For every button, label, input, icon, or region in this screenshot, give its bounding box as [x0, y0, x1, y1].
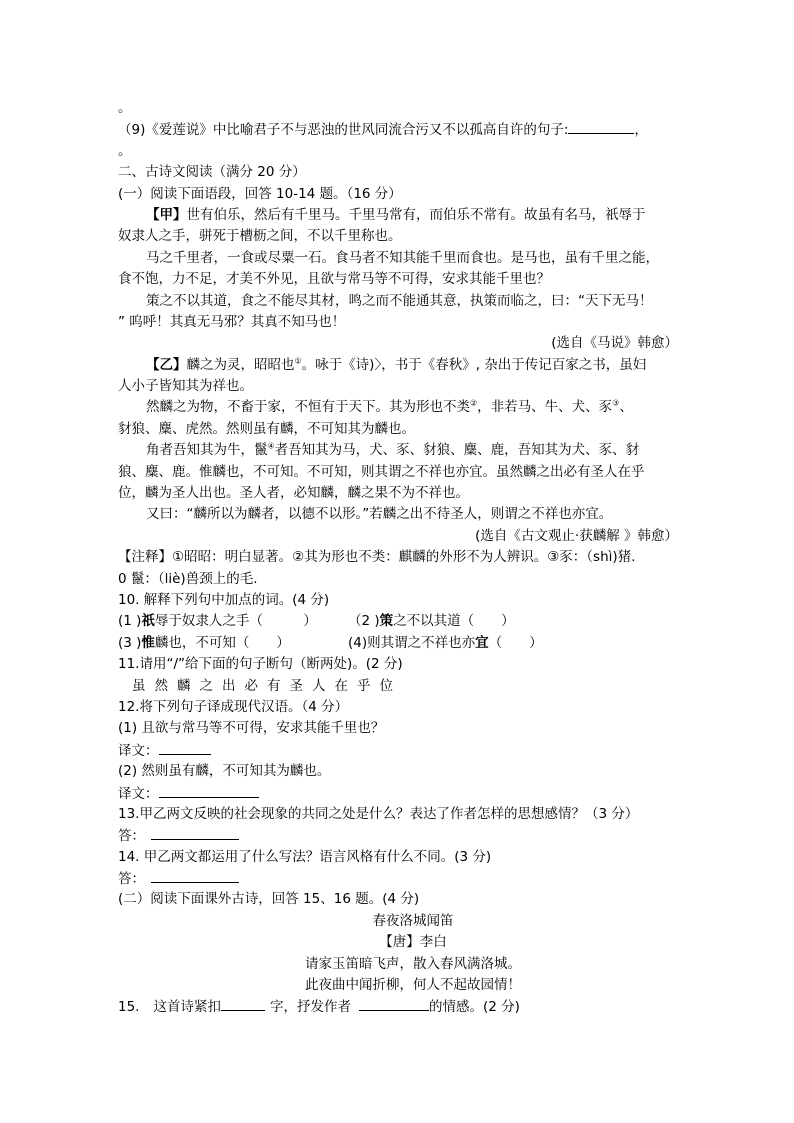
yi-p3c: 位，麟为圣人出也。圣人者，必知麟，麟之果不为不祥也。	[118, 483, 678, 504]
q12-answer-1-blank[interactable]	[159, 740, 211, 755]
q10-dotted-word: 宜	[475, 635, 489, 651]
q10-item-prefix: (3 )	[118, 635, 141, 651]
q15-text: 的情感。(2 分)	[429, 999, 520, 1015]
yi-text: 然麟之为物，不畜于家，不恒有于天下。其为形也不类	[146, 399, 470, 415]
poem-author: 【唐】李白	[118, 932, 678, 953]
jia-source: (选自《马说》韩愈）	[118, 333, 678, 354]
jia-label: 【甲】	[146, 207, 187, 223]
q12-answer-2-blank[interactable]	[159, 783, 259, 798]
q12-answer-1: 译文：	[118, 740, 678, 761]
notes-line-2: 0 鬣：（liè)兽颈上的毛.	[118, 569, 678, 590]
q10-item-prefix: (1 )	[118, 613, 141, 629]
translation-label: 译文：	[118, 743, 159, 759]
question-9: （9)《爱莲说》中比喻君子不与恶浊的世风同流合污又不以孤高自许的句子:，	[118, 119, 678, 140]
q10-item-3: (3 )惟麟也，不可知（ ）	[118, 633, 348, 654]
section-2-title: 二、古诗文阅读（满分 20 分）	[118, 162, 678, 183]
exam-page: 。 （9)《爱莲说》中比喻君子不与恶浊的世风同流合污又不以孤高自许的句子:， 。…	[118, 98, 678, 1018]
yi-p2b: 豺狼、麋、虎然。然则虽有麟，不可知其为麟也。	[118, 419, 678, 440]
q12-sentence-1: (1) 且欲与常马等不可得，安求其能千里也？	[118, 718, 678, 739]
q12-title: 12.将下列句子译成现代汉语。（4 分）	[118, 697, 678, 718]
q10-item-1: (1 )祇辱于奴隶人之手（ ）	[118, 611, 348, 632]
yi-p4: 又曰：“麟所以为麟者，以德不以形。”若麟之出不待圣人，则谓之不祥也亦宜。	[118, 504, 678, 525]
yi-text: ，非若马、牛、犬、豕	[477, 399, 612, 415]
part-2-title: (二）阅读下面课外古诗，回答 15、16 题。(4 分)	[118, 889, 678, 910]
jia-p1b: 奴隶人之手，骈死于槽枥之间，不以千里称也。	[118, 226, 678, 247]
jia-text: 世有伯乐，然后有千里马。千里马常有，而伯乐不常有。故虽有名马，祇辱于	[187, 207, 646, 223]
jia-p2a: 马之千里者，一食或尽粟一石。食马者不知其能千里而食也。是马也，虽有千里之能，	[118, 248, 678, 269]
poem-line-1: 请家玉笛暗飞声，散入春风满洛城。	[118, 954, 678, 975]
q14-answer-blank[interactable]	[151, 868, 239, 883]
note-ref-4: ④	[268, 442, 275, 451]
part-1-title: (一）阅读下面语段，回答 10-14 题。（16 分）	[118, 184, 678, 205]
q11-sentence: 虽然麟之出必有圣人在乎位	[118, 676, 678, 697]
q9-dot-top: 。	[118, 98, 678, 119]
poem-line-2: 此夜曲中闻折柳，何人不起故园情！	[118, 975, 678, 996]
poem-title: 春夜洛城闻笛	[118, 911, 678, 932]
q9-dot-bottom: 。	[118, 141, 678, 162]
q15-text: 这首诗紧扣	[153, 999, 221, 1015]
q10-item-prefix: （2 )	[348, 613, 380, 629]
q15-text: 字，抒发作者	[270, 999, 351, 1015]
yi-p1a: 【乙】麟之为灵，昭昭也①。咏于《诗)〉，书于《春秋》, 杂出于传记百家之书，虽妇	[118, 355, 678, 376]
q14-title: 14. 甲乙两文都运用了什么写法？语言风格有什么不同。(3 分)	[118, 847, 678, 868]
q10-row-2: (3 )惟麟也，不可知（ ）(4)则其谓之不祥也亦宜（ ）	[118, 633, 678, 654]
q15-blank-1[interactable]	[221, 996, 265, 1011]
yi-text: 。咏于《诗)〉，书于《春秋》, 杂出于传记百家之书，虽妇	[302, 357, 647, 373]
yi-text: 者吾知其为马，犬、豕、豺狼、麋、鹿，吾知其为犬、豕、豺	[275, 442, 640, 458]
q12-answer-2: 译文：	[118, 783, 678, 804]
q10-item-text: 之不以其道（ ）	[393, 613, 515, 629]
q9-answer-blank[interactable]	[568, 119, 634, 134]
q14-answer: 答：	[118, 868, 678, 889]
note-ref-1: ①	[295, 356, 302, 365]
yi-p2a: 然麟之为物，不畜于家，不恒有于天下。其为形也不类②，非若马、牛、犬、豕③、	[118, 397, 678, 418]
q11-title: 11.请用“/”给下面的句子断句（断两处)。(2 分)	[118, 654, 678, 675]
q10-dotted-word: 策	[380, 613, 394, 629]
q10-dotted-word: 祇	[141, 613, 155, 629]
yi-text: 、	[619, 399, 633, 415]
q10-title: 10. 解释下列句中加点的词。(4 分)	[118, 590, 678, 611]
yi-text: 角者吾知其为牛，鬣	[146, 442, 268, 458]
jia-p3a: 策之不以其道，食之不能尽其材，鸣之而不能通其意，执策而临之，曰：“天下无马！	[118, 291, 678, 312]
yi-source: (选自《古文观止·获麟解 》韩愈）	[118, 526, 678, 547]
jia-p1a: 【甲】世有伯乐，然后有千里马。千里马常有，而伯乐不常有。故虽有名马，祇辱于	[118, 205, 678, 226]
q15-blank-2[interactable]	[359, 996, 429, 1011]
q12-sentence-2: (2) 然则虽有麟，不可知其为麟也。	[118, 761, 678, 782]
question-15: 15.这首诗紧扣字，抒发作者的情感。(2 分)	[118, 996, 678, 1017]
answer-label: 答：	[118, 828, 145, 844]
q10-item-text: （ ）	[489, 635, 543, 651]
answer-label: 答：	[118, 871, 145, 887]
q10-row-1: (1 )祇辱于奴隶人之手（ ）（2 )策之不以其道（ ）	[118, 611, 678, 632]
q15-number: 15.	[118, 999, 139, 1015]
q10-item-4: (4)则其谓之不祥也亦宜（ ）	[348, 635, 543, 651]
yi-p3a: 角者吾知其为牛，鬣④者吾知其为马，犬、豕、豺狼、麋、鹿，吾知其为犬、豕、豺	[118, 440, 678, 461]
yi-label: 【乙】	[146, 357, 187, 373]
q10-item-2: （2 )策之不以其道（ ）	[348, 613, 515, 629]
q13-answer-blank[interactable]	[151, 825, 239, 840]
q10-item-prefix: (4)则其谓之不祥也亦	[348, 635, 475, 651]
yi-p1b: 人小子皆知其为祥也。	[118, 376, 678, 397]
q10-item-text: 麟也，不可知（ ）	[155, 635, 290, 651]
q9-comma: ，	[634, 122, 648, 138]
notes-line-1: 【注释】①昭昭：明白显著。②其为形也不类：麒麟的外形不为人辨识。③豕：（shì)…	[118, 547, 678, 568]
yi-p3b: 狼、麋、鹿。惟麟也，不可知。不可知，则其谓之不祥也亦宜。虽然麟之出必有圣人在乎	[118, 462, 678, 483]
q13-title: 13.甲乙两文反映的社会现象的共同之处是什么？表达了作者怎样的思想感情？（3 分…	[118, 804, 678, 825]
yi-text: 麟之为灵，昭昭也	[187, 357, 295, 373]
jia-p2b: 食不饱，力不足，才美不外见，且欲与常马等不可得，安求其能千里也？	[118, 269, 678, 290]
q13-answer: 答：	[118, 825, 678, 846]
q10-dotted-word: 惟	[141, 635, 155, 651]
translation-label: 译文：	[118, 786, 159, 802]
jia-p3b: ” 呜呼！其真无马邪？其真不知马也！	[118, 312, 678, 333]
q10-item-text: 辱于奴隶人之手（ ）	[155, 613, 317, 629]
q9-text: （9)《爱莲说》中比喻君子不与恶浊的世风同流合污又不以孤高自许的句子:	[118, 122, 568, 138]
